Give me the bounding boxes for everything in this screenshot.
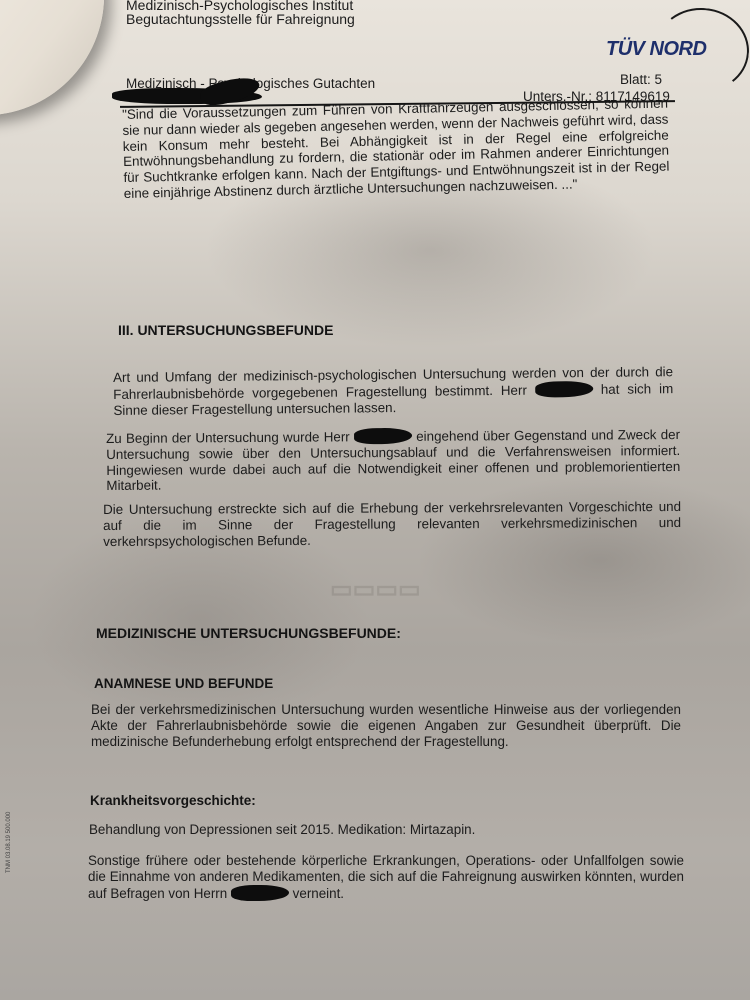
sheet-value: 5	[655, 72, 663, 87]
paragraph-anamnesis: Bei der verkehrsmedizinischen Untersuchu…	[91, 702, 681, 749]
paragraph-briefing: Zu Beginn der Untersuchung wurde Herr ei…	[106, 426, 680, 494]
text-segment: Zu Beginn der Untersuchung wurde Herr	[106, 429, 350, 446]
text-segment: Art und Umfang der medizinisch-psycholog…	[113, 364, 673, 402]
faint-stamp-mark: ▭▭▭▭	[330, 575, 421, 604]
name-redaction	[231, 885, 289, 901]
document-page: Medizinisch-Psychologisches Institut Beg…	[0, 0, 750, 1000]
paragraph-other-conditions: Sonstige frühere oder bestehende körperl…	[88, 853, 684, 901]
text-segment: Sonstige frühere oder bestehende körperl…	[88, 853, 684, 901]
institute-department: Begutachtungsstelle für Fahreignung	[126, 11, 355, 27]
legal-quote: "Sind die Voraussetzungen zum Führen von…	[122, 96, 670, 202]
paragraph-examination-scope: Die Untersuchung erstreckte sich auf die…	[103, 499, 681, 549]
paragraph-depression-treatment: Behandlung von Depressionen seit 2015. M…	[89, 822, 679, 838]
sheet-label: Blatt:	[620, 72, 651, 87]
margin-form-code: TNM 03.08.19 500.000	[6, 812, 12, 873]
subheading-anamnesis: ANAMNESE UND BEFUNDE	[94, 676, 273, 691]
paragraph-scope: Art und Umfang der medizinisch-psycholog…	[113, 364, 673, 418]
tuv-nord-logo: TÜV NORD	[606, 38, 706, 61]
subheading-medical-history: Krankheitsvorgeschichte:	[90, 793, 256, 808]
name-redaction	[535, 381, 593, 398]
section-heading-untersuchungsbefunde: III. UNTERSUCHUNGSBEFUNDE	[118, 322, 333, 338]
folded-page-corner	[0, 0, 120, 121]
name-redaction	[354, 428, 412, 444]
sheet-number: Blatt: 5	[620, 72, 662, 88]
text-segment: verneint.	[293, 886, 344, 901]
section-heading-medical-findings: MEDIZINISCHE UNTERSUCHUNGSBEFUNDE:	[96, 625, 401, 641]
